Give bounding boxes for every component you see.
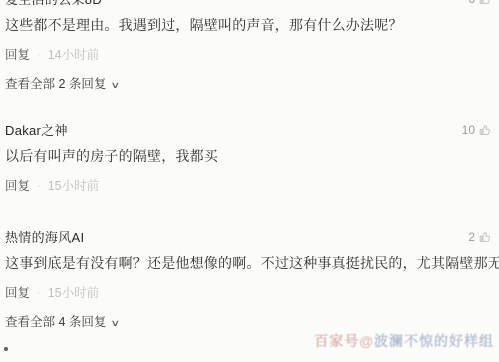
- thumbs-up-icon[interactable]: [479, 0, 491, 5]
- like-control[interactable]: 2: [468, 230, 491, 244]
- meta-separator: ·: [37, 179, 41, 194]
- view-replies-label: 查看全部 4 条回复: [5, 315, 106, 330]
- thumbs-up-icon[interactable]: [479, 124, 491, 136]
- comment-item: 爱生活的云朵8D 6 这些都不是理由。我遇到过，隔壁叫的声音，那有什么办法呢？ …: [5, 0, 499, 92]
- meta-separator: ·: [37, 48, 41, 63]
- comment-author[interactable]: Dakar之神: [5, 123, 68, 138]
- comment-time: 14小时前: [48, 48, 99, 63]
- like-count: 6: [468, 0, 475, 6]
- view-replies-label: 查看全部 2 条回复: [5, 77, 106, 92]
- like-count: 2: [468, 230, 475, 244]
- reply-button[interactable]: 回复: [5, 179, 30, 194]
- view-replies-button[interactable]: 查看全部 4 条回复 ∨: [5, 315, 499, 330]
- meta-separator: ·: [37, 286, 41, 301]
- chevron-down-icon: ∨: [111, 316, 121, 331]
- reply-button[interactable]: 回复: [5, 286, 30, 301]
- comment-text: 这些都不是理由。我遇到过，隔壁叫的声音，那有什么办法呢？: [5, 17, 499, 33]
- comment-item: 热情的海风AI 2 这事到底是有没有啊？还是他想像的啊。不过这种事真挺扰民的，尤…: [5, 229, 499, 330]
- comment-text: 以后有叫声的房子的隔壁，我都买: [5, 148, 499, 164]
- comment-meta: 回复 · 15小时前: [5, 286, 499, 301]
- comment-author[interactable]: 爱生活的云朵8D: [5, 0, 102, 7]
- comment-header: 热情的海风AI 2: [5, 229, 499, 244]
- comment-time: 15小时前: [48, 286, 99, 301]
- comment-time: 15小时前: [48, 179, 99, 194]
- comment-item: Dakar之神 10 以后有叫声的房子的隔壁，我都买 回复 · 15小时前: [5, 122, 499, 194]
- comment-header: Dakar之神 10: [5, 122, 499, 137]
- like-control[interactable]: 10: [462, 123, 491, 137]
- comment-author[interactable]: 热情的海风AI: [5, 230, 84, 245]
- comment-text: 这事到底是有没有啊？还是他想像的啊。不过这种事真挺扰民的，尤其隔壁那无法形容: [5, 255, 499, 271]
- chevron-down-icon: ∨: [111, 78, 121, 93]
- view-replies-button[interactable]: 查看全部 2 条回复 ∨: [5, 77, 499, 92]
- comment-meta: 回复 · 15小时前: [5, 179, 499, 194]
- reply-button[interactable]: 回复: [5, 48, 30, 63]
- comment-meta: 回复 · 14小时前: [5, 48, 499, 63]
- thumbs-up-icon[interactable]: [479, 231, 491, 243]
- watermark-source: 百家号@: [314, 333, 374, 349]
- like-control[interactable]: 6: [468, 0, 491, 6]
- watermark-author: 波澜不惊的好样组: [374, 333, 494, 349]
- comment-header: 爱生活的云朵8D 6: [5, 0, 499, 6]
- like-count: 10: [462, 123, 475, 137]
- watermark: 百家号@波澜不惊的好样组: [314, 331, 494, 351]
- list-bullet-dot: [4, 347, 8, 351]
